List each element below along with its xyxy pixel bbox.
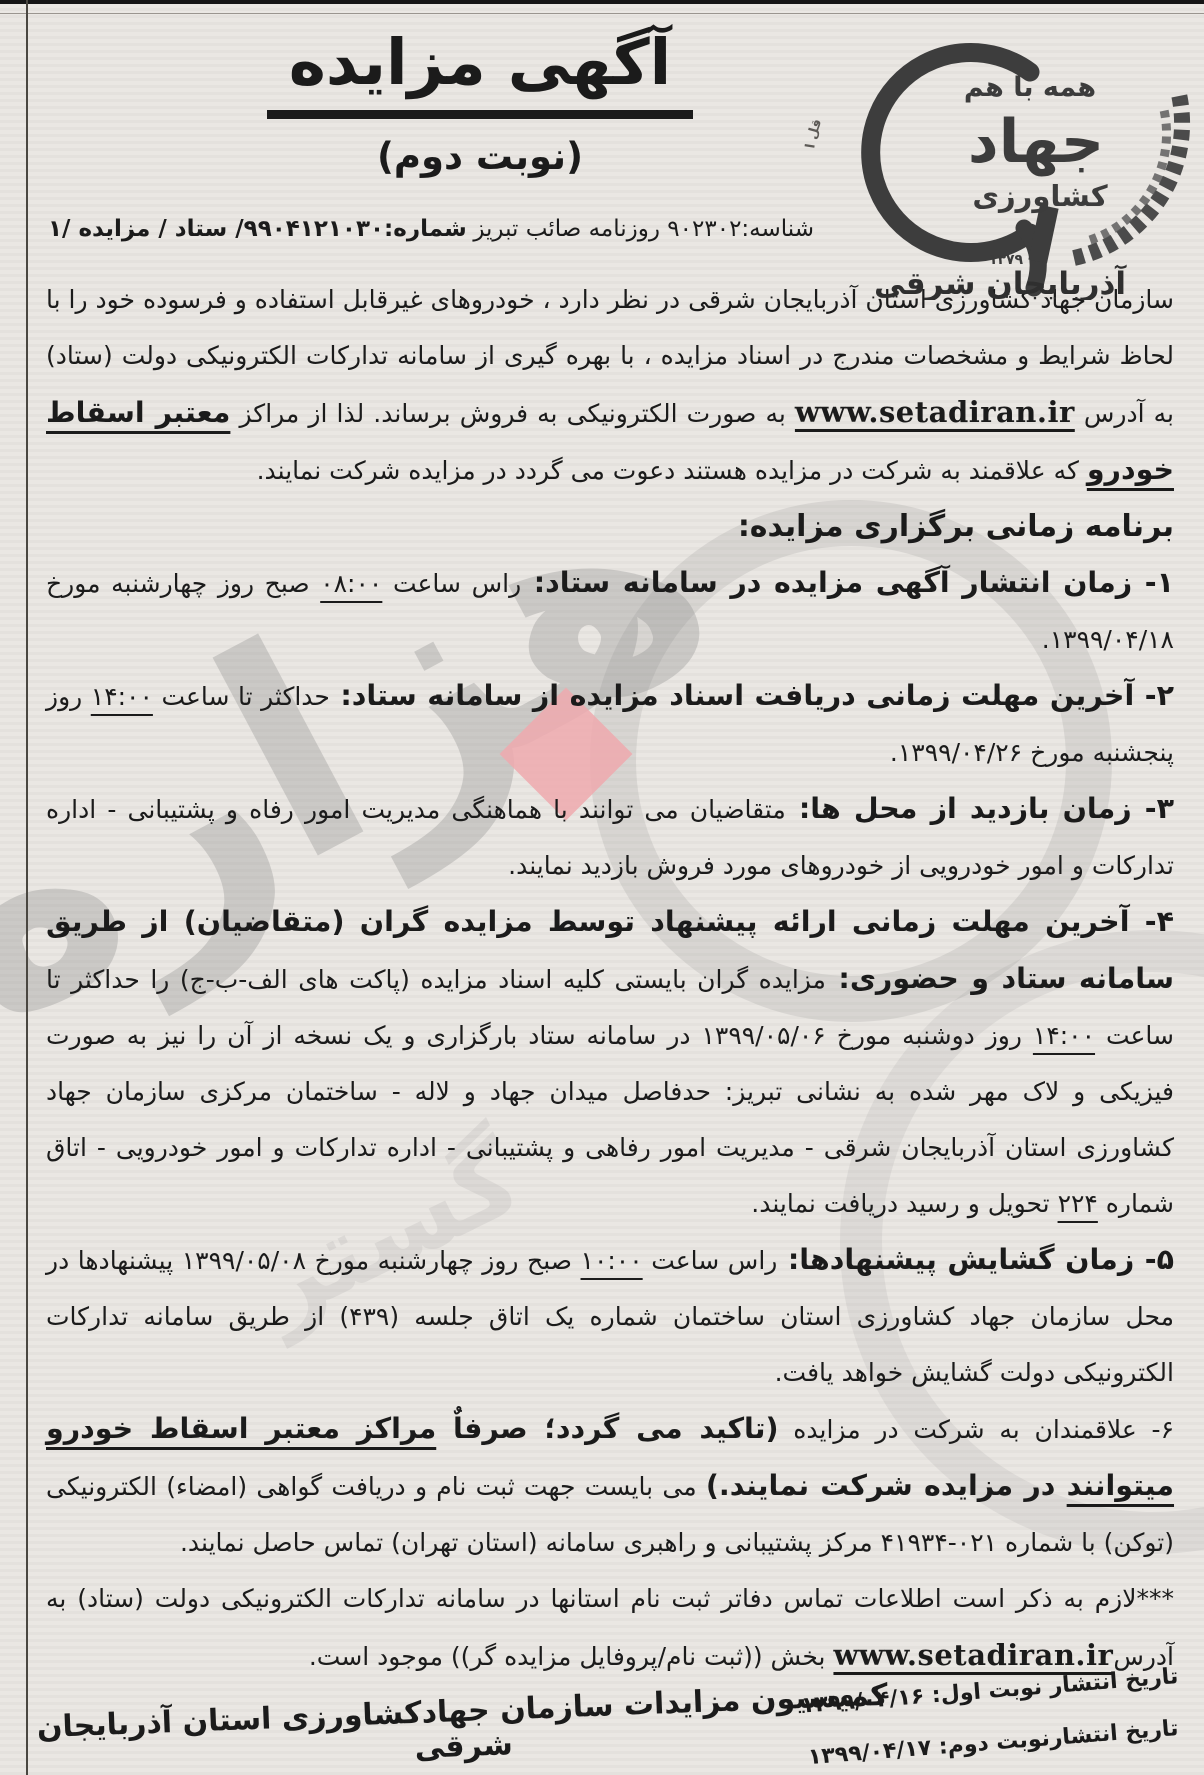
scan-edge-top (0, 0, 1204, 4)
logo-province: آذربایجان شرقی (874, 264, 1127, 300)
jihad-agriculture-logo: قل انما اعظکم بواحدة ان تقوموا لله همه ب… (772, 0, 1204, 300)
text-run: www.setadiran.ir (833, 1638, 1113, 1672)
page-title: آگهی مزایده (267, 30, 694, 119)
text-run: ۲- آخرین مهلت زمانی دریافت اسناد مزایده … (330, 679, 1174, 712)
page-subtitle: (نوبت دوم) (165, 135, 795, 178)
text-run: ۱- زمان انتشار آگهی مزایده در سامانه ستا… (521, 566, 1174, 599)
text-run: ۰۸:۰۰ (320, 569, 382, 598)
text-run: ۶- علاقمندان به شرکت در مزایده (779, 1415, 1175, 1444)
text-run: (تاکید می گردد؛ صرفاٌ (436, 1412, 778, 1445)
text-run: ۱۴:۰۰ (91, 682, 153, 711)
text-run: به صورت الکترونیکی به فروش برساند. لذا ا… (230, 399, 795, 428)
text-run: حداکثر تا ساعت (153, 682, 330, 711)
logo-arc-verse: قل انما اعظکم بواحدة ان تقوموا لله (772, 0, 825, 150)
schedule-heading: برنامه زمانی برگزاری مزایده: (46, 499, 1174, 555)
text-run: تحویل و رسید دریافت نمایند. (751, 1189, 1057, 1218)
logo-name-main: جهاد (968, 107, 1104, 177)
registration-note: ***لازم به ذکر است اطلاعات تماس دفاتر ثب… (46, 1571, 1174, 1685)
svg-text:قل انما اعظکم بواحدة ان تقوموا: قل انما اعظکم بواحدة ان تقوموا لله (772, 0, 825, 150)
schedule-item-5: ۵- زمان گشایش پیشنهادها: راس ساعت ۱۰:۰۰ … (46, 1232, 1174, 1401)
text-run: ۱۰:۰۰ (581, 1246, 643, 1275)
newspaper-auction-ad: { "page": { "background": "#e9e6e2", "in… (0, 0, 1204, 1775)
text-run: www.setadiran.ir (795, 395, 1075, 429)
schedule-item-3: ۳- زمان بازدید از محل ها: متقاضیان می تو… (46, 781, 1174, 894)
intro-paragraph: سازمان جهاد کشاورزی استان آذربایجان شرقی… (46, 272, 1174, 499)
text-run: که علاقمند به شرکت در مزایده هستند دعوت … (257, 456, 1087, 485)
ad-header: آگهی مزایده (نوبت دوم) (165, 30, 795, 178)
text-run: راس ساعت (643, 1246, 778, 1275)
text-run: ۱۴:۰۰ (1033, 1021, 1095, 1050)
scan-rule-line (0, 13, 1204, 14)
logo-name-sub: کشاورزی (972, 179, 1107, 213)
auction-number: شماره:۹۹۰۴۱۲۱۰۳۰/ ستاد / مزایده /۱ (48, 216, 467, 242)
ad-reference-line: شناسه:۹۰۲۳۰۲ روزنامه صائب تبریز شماره:۹۹… (48, 216, 814, 242)
text-run: در مزایده شرکت نمایند.) (706, 1469, 1067, 1502)
schedule-item-4: ۴- آخرین مهلت زمانی ارائه پیشنهاد توسط م… (46, 894, 1174, 1232)
logo-motto: همه با هم (964, 72, 1096, 103)
logo-graphic: قل انما اعظکم بواحدة ان تقوموا لله همه ب… (772, 0, 1204, 300)
text-run: ۵- زمان گشایش پیشنهادها: (777, 1243, 1174, 1276)
text-run: ۲۲۴ (1058, 1189, 1098, 1218)
newspaper-id: شناسه:۹۰۲۳۰۲ روزنامه صائب تبریز (473, 216, 814, 242)
column-divider-rule (26, 0, 28, 1775)
schedule-item-6: ۶- علاقمندان به شرکت در مزایده (تاکید می… (46, 1401, 1174, 1571)
commission-signature: کمیسیون مزایدات سازمان جهادکشاورزی استان… (27, 1677, 899, 1775)
schedule-item-2: ۲- آخرین مهلت زمانی دریافت اسناد مزایده … (46, 668, 1174, 781)
text-run: ۳- زمان بازدید از محل ها: (786, 792, 1174, 825)
text-run: راس ساعت (382, 569, 521, 598)
text-run: بخش ((ثبت نام/پروفایل مزایده گر)) موجود … (309, 1642, 834, 1671)
schedule-item-1: ۱- زمان انتشار آگهی مزایده در سامانه ستا… (46, 555, 1174, 668)
ad-body-text: سازمان جهاد کشاورزی استان آذربایجان شرقی… (46, 272, 1174, 1685)
